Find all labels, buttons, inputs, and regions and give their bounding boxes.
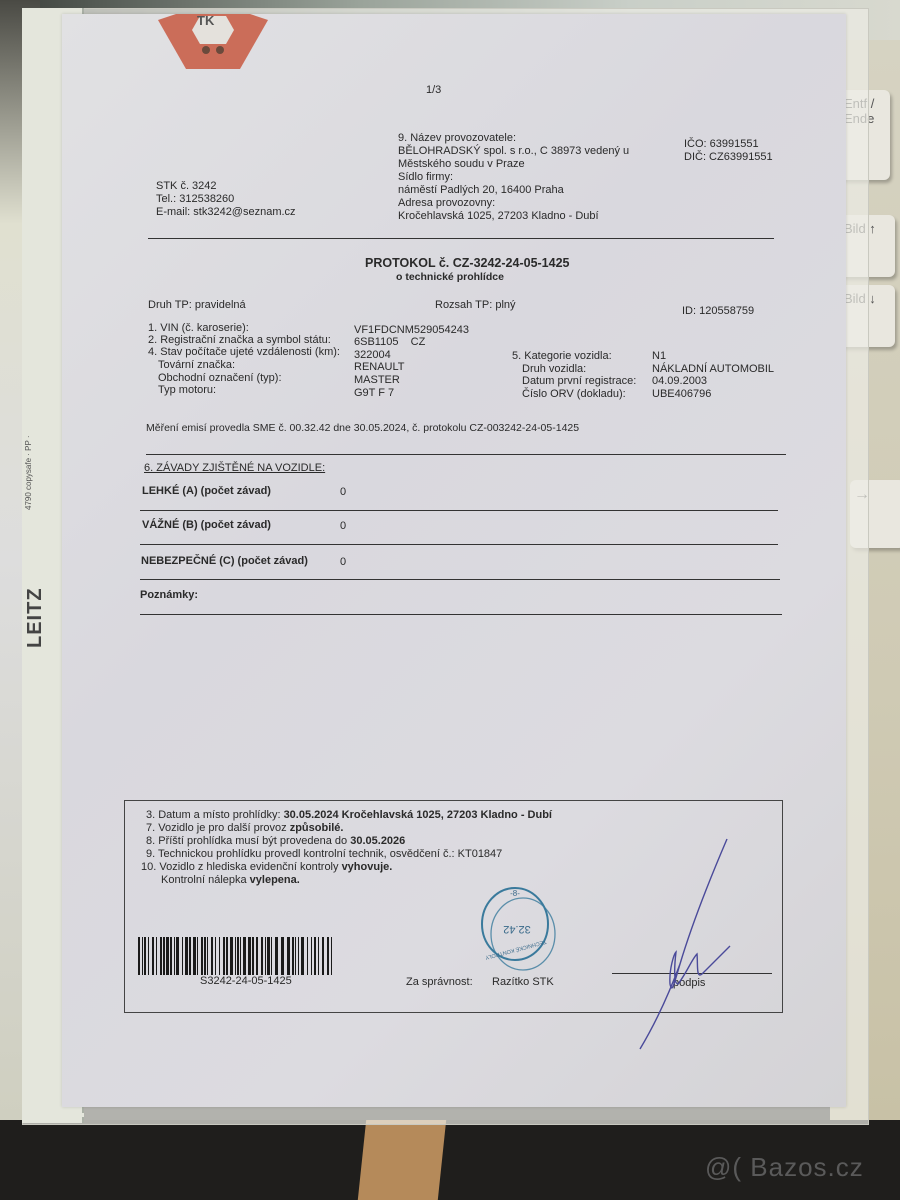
inspection-date-place: 3. Datum a místo prohlídky: 30.05.2024 K… <box>146 809 552 822</box>
next-inspection-label: 8. Příští prohlídka musí být provedena d… <box>146 835 350 847</box>
inspection-date-place-label: 3. Datum a místo prohlídky: <box>146 809 284 821</box>
emissions-note: Měření emisí provedla SME č. 00.32.42 dn… <box>146 422 579 435</box>
leitz-logo: LEITZ <box>24 587 47 648</box>
registration-check-value: vyhovuje. <box>342 861 393 873</box>
za-spravnost-label: Za správnost: <box>406 976 473 989</box>
next-inspection-date: 30.05.2026 <box>350 835 405 847</box>
defects-light-count: 0 <box>340 486 346 499</box>
divider <box>140 544 778 545</box>
divider <box>140 614 782 615</box>
signature-icon <box>612 834 742 1054</box>
registration-check-label: 10. Vozidlo z hlediska evidenční kontrol… <box>141 861 342 873</box>
leg <box>358 1120 446 1200</box>
sticker-label: Kontrolní nálepka <box>161 874 250 886</box>
make-label: Tovární značka: <box>158 359 235 372</box>
defects-light-label: LEHKÉ (A) (počet závad) <box>142 485 271 498</box>
stamp-number: 32.42 <box>503 923 531 935</box>
odometer-label: 4. Stav počítače ujeté vzdálenosti (km): <box>148 346 340 359</box>
station-phone: Tel.: 312538260 <box>156 193 234 206</box>
seat-label: Sídlo firmy: <box>398 171 453 184</box>
stamp-top-mark: -8- <box>510 889 520 898</box>
registration-value: 6SB1105 CZ <box>354 336 425 349</box>
divider <box>140 510 778 511</box>
defects-dangerous-label: NEBEZPEČNÉ (C) (počet závad) <box>141 555 308 568</box>
category-label: 5. Kategorie vozidla: <box>512 350 612 363</box>
operator-label: 9. Název provozovatele: <box>398 132 516 145</box>
divider <box>146 454 786 455</box>
defects-major-label: VÁŽNÉ (B) (počet závad) <box>142 519 271 532</box>
type-value: MASTER <box>354 374 400 387</box>
rozsah-tp: Rozsah TP: plný <box>435 299 516 312</box>
orv-label: Číslo ORV (dokladu): <box>522 388 626 401</box>
orv-value: UBE406796 <box>652 388 711 401</box>
stk-round-stamp-icon: 32.42 -8- TECHNICKÉ KONTROLY <box>477 884 559 976</box>
barcode-icon <box>138 937 338 975</box>
first-registration-value: 04.09.2003 <box>652 375 707 388</box>
station-email: E-mail: stk3242@seznam.cz <box>156 206 296 219</box>
seat-address: náměstí Padlých 20, 16400 Praha <box>398 184 564 197</box>
notes-label: Poznámky: <box>140 589 198 602</box>
defects-heading: 6. ZÁVADY ZJIŠTĚNÉ NA VOZIDLE: <box>144 462 325 475</box>
sleeve-model-text: 4790 copysafe · PP · <box>24 435 33 510</box>
category-value: N1 <box>652 350 666 363</box>
druh-tp: Druh TP: pravidelná <box>148 299 246 312</box>
inspection-date-place-value: 30.05.2024 Kročehlavská 1025, 27203 Klad… <box>284 809 552 821</box>
technician-certificate: 9. Technickou prohlídku provedl kontroln… <box>146 848 502 861</box>
roadworthiness: 7. Vozidlo je pro další provoz způsobilé… <box>146 822 343 835</box>
make-value: RENAULT <box>354 361 405 374</box>
operator-name: BĚLOHRADSKÝ spol. s r.o., C 38973 vedený… <box>398 145 629 158</box>
document-sheet: TK 1/3 9. Název provozovatele: BĚLOHRADS… <box>62 14 846 1107</box>
sleeve-material: copysafe · PP · <box>24 435 33 490</box>
protocol-id: ID: 120558759 <box>682 305 754 318</box>
facility-address: Kročehlavská 1025, 27203 Kladno - Dubí <box>398 210 599 223</box>
protocol-title: PROTOKOL č. CZ-3242-24-05-1425 <box>365 257 570 270</box>
barcode-text: S3242-24-05-1425 <box>200 975 292 988</box>
operator-court: Městského soudu v Praze <box>398 158 525 171</box>
first-registration-label: Datum první registrace: <box>522 375 636 388</box>
sticker-value: vylepena. <box>250 874 300 886</box>
protocol-subtitle: o technické prohlídce <box>396 271 504 284</box>
dic: DIČ: CZ63991551 <box>684 151 773 164</box>
tk-stamp-text: TK <box>197 14 214 27</box>
razitko-label: Razítko STK <box>492 976 554 989</box>
page-number: 1/3 <box>426 84 441 97</box>
roadworthiness-label: 7. Vozidlo je pro další provoz <box>146 822 290 834</box>
sticker-status: Kontrolní nálepka vylepena. <box>161 874 300 887</box>
bazos-watermark: @( Bazos.cz <box>705 1152 864 1183</box>
defects-dangerous-count: 0 <box>340 556 346 569</box>
ico: IČO: 63991551 <box>684 138 759 151</box>
registration-check: 10. Vozidlo z hlediska evidenční kontrol… <box>141 861 392 874</box>
next-inspection: 8. Příští prohlídka musí být provedena d… <box>146 835 405 848</box>
station-number: STK č. 3242 <box>156 180 217 193</box>
divider <box>140 579 780 580</box>
engine-label: Typ motoru: <box>158 384 216 397</box>
engine-value: G9T F 7 <box>354 387 394 400</box>
facility-label: Adresa provozovny: <box>398 197 495 210</box>
defects-major-count: 0 <box>340 520 346 533</box>
sleeve-model: 4790 <box>24 492 33 510</box>
divider <box>148 238 774 239</box>
roadworthiness-value: způsobilé. <box>290 822 344 834</box>
